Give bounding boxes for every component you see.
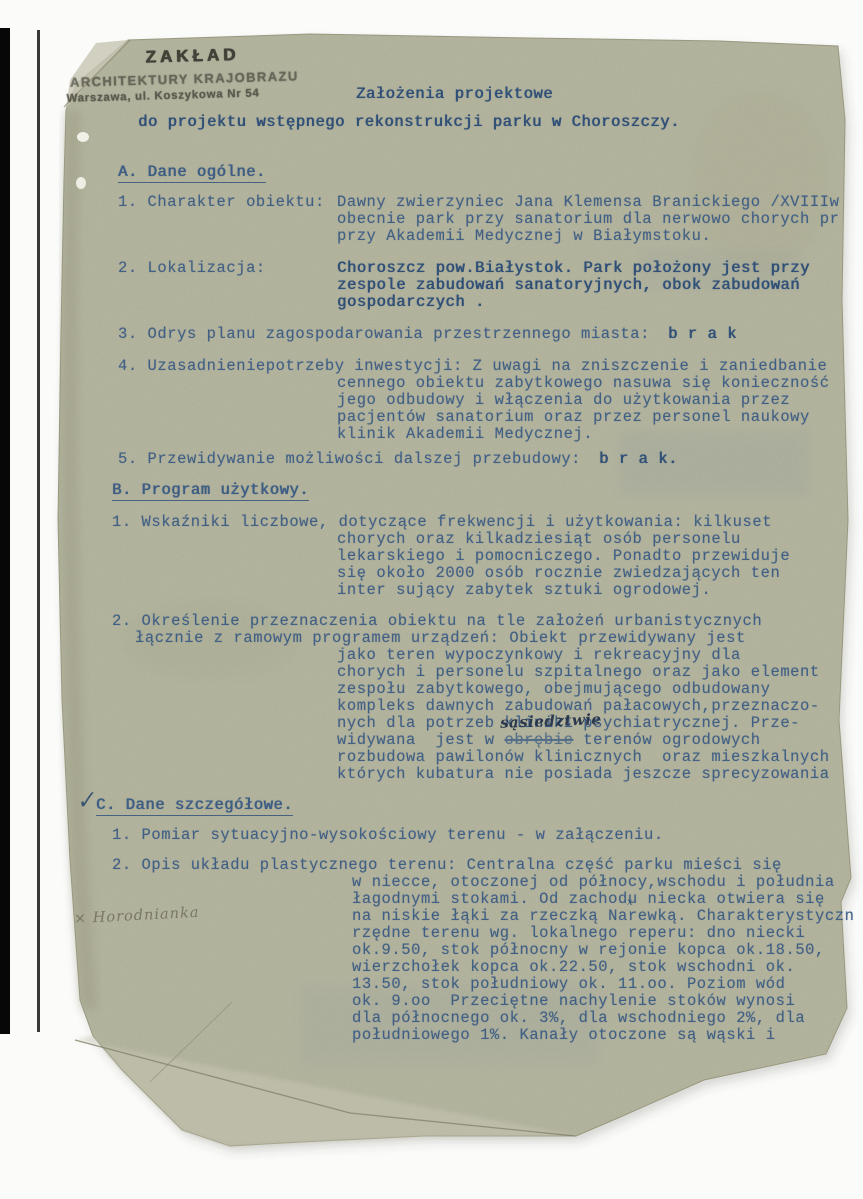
item-a3: 3. Odrys planu zagospodarowania przestrz… [118,326,737,343]
item-a4-line: 4. Uzasadnieniepotrzeby inwestycji: Z uw… [118,358,827,375]
section-a-heading: A. Dane ogólne. [118,164,266,183]
handwritten-checkmark: ✓ [74,787,98,816]
stamp-line-2: ARCHITEKTURY KRAJOBRAZU [70,68,299,89]
item-b2-line: których kubatura nie posiada jeszcze spr… [337,766,830,783]
item-a4-line: cennego obiektu zabytkowego nasuwa się k… [337,375,830,392]
item-a5-value: b r a k. [599,450,678,468]
item-a2-label: 2. Lokalizacja: [118,260,266,277]
item-b2-corrected-line: widywana jest w obrębie terenów ogrodowy… [337,732,761,749]
institution-stamp: ZAKŁAD ARCHITEKTURY KRAJOBRAZU Warszawa,… [63,40,345,118]
item-b2-line: łącznie z ramowym programem urządzeń: Ob… [135,630,746,647]
item-b1-line: lekarskiego i pomocniczego. Ponadto prze… [337,548,790,565]
item-a1-line: przy Akademii Medycznej w Białymstoku. [337,228,711,245]
item-b2-line: rozbudowa pawilonów klinicznych oraz mie… [337,749,830,766]
item-c2-line: ok. 9.oo Przeciętne nachylenie stoków wy… [352,993,795,1010]
item-b1-line: chorych oraz kilkadziesiąt osób personel… [337,531,741,548]
item-b2-line: jako teren wypoczynkowy i rekreacyjny dl… [337,647,741,664]
item-c2-line: wierzchołek kopca ok.22.50, stok wschodn… [352,959,795,976]
item-c1: 1. Pomiar sytuacyjno-wysokościowy terenu… [112,827,664,844]
margin-note-text: Horodnianka [92,905,199,927]
item-a4-line: pacjentów sanatorium oraz przez personel… [337,409,810,426]
section-c-heading: C. Dane szczegółowe. [96,797,293,816]
item-b1-line: 1. Wskaźniki liczbowe, dotyczące frekwen… [112,514,772,531]
item-a5: 5. Przewidywanie możliwości dalszej prze… [118,451,678,468]
item-c2-line: rzędne terenu wg. lokalnego reperu: dno … [352,925,805,942]
item-c2-line: 2. Opis układu plastycznego terenu: Cent… [112,857,782,874]
item-c2-line: łagodnymi stokami. Od zachodu niecka otw… [352,891,825,908]
stamp-line-1: ZAKŁAD [145,45,239,68]
margin-note-marker: × [74,911,88,928]
item-b2-line: chorych i personelu szpitalnego oraz jak… [337,664,820,681]
item-b2-line: zespołu zabytkowego, obejmującego odbudo… [337,681,770,698]
item-c2-line: południowego 1%. Kanały otoczone są wąsk… [352,1027,776,1044]
item-a3-value: b r a k [668,325,737,343]
document-content: ZAKŁAD ARCHITEKTURY KRAJOBRAZU Warszawa,… [0,0,863,1199]
item-a5-label: 5. Przewidywanie możliwości dalszej prze… [118,450,581,468]
item-c2-line: dla północnego ok. 3%, dla wschodniego 2… [352,1010,805,1027]
document-title: Założenia projektowe [356,86,553,103]
item-c2-line: ok.9.50, stok północny w rejonie kopca o… [352,942,825,959]
item-a2-line: zespole zabudowań sanatoryjnych, obok za… [337,277,800,294]
item-a1-line: Dawny zwierzyniec Jana Klemensa Branicki… [337,194,839,211]
reference-mark: x [627,897,633,908]
item-c2-line: na niskie łąki za rzeczką Narewką. Chara… [352,908,854,925]
struck-word: obrębie [504,731,573,749]
item-a4-line: klinik Akademii Medycznej. [337,426,593,443]
item-a3-label: 3. Odrys planu zagospodarowania przestrz… [118,325,650,343]
item-b1-line: się około 2000 osób rocznie zwiedzającyc… [337,565,780,582]
item-c2-line: 13.50, stok południowy ok. 11.oo. Poziom… [352,976,785,993]
item-b2-line: 2. Określenie przeznaczenia obiektu na t… [112,613,762,630]
handwritten-correction: sąsiedztwie [500,710,602,732]
section-b-heading: B. Program użytkowy. [112,482,309,501]
item-c2-line: w niecce, otoczonej od północy,wschodu i… [352,874,835,891]
document-subtitle: do projektu wstępnego rekonstrukcji park… [138,114,680,131]
handwritten-margin-note: × Horodnianka [74,905,200,928]
item-a2-line: gospodarczych . [337,294,485,311]
item-a1-label: 1. Charakter obiektu: [118,194,325,211]
stamp-address: Warszawa, ul. Koszykowa Nr 54 [66,87,259,104]
item-a2-line: Choroszcz pow.Białystok. Park położony j… [337,260,810,277]
item-a4-line: jego odbudowy i włączenia do użytkowania… [337,392,790,409]
item-b1-line: inter sujący zabytek sztuki ogrodowej. [337,582,711,599]
item-a1-line: obecnie park przy sanatorium dla nerwowo… [337,211,839,228]
